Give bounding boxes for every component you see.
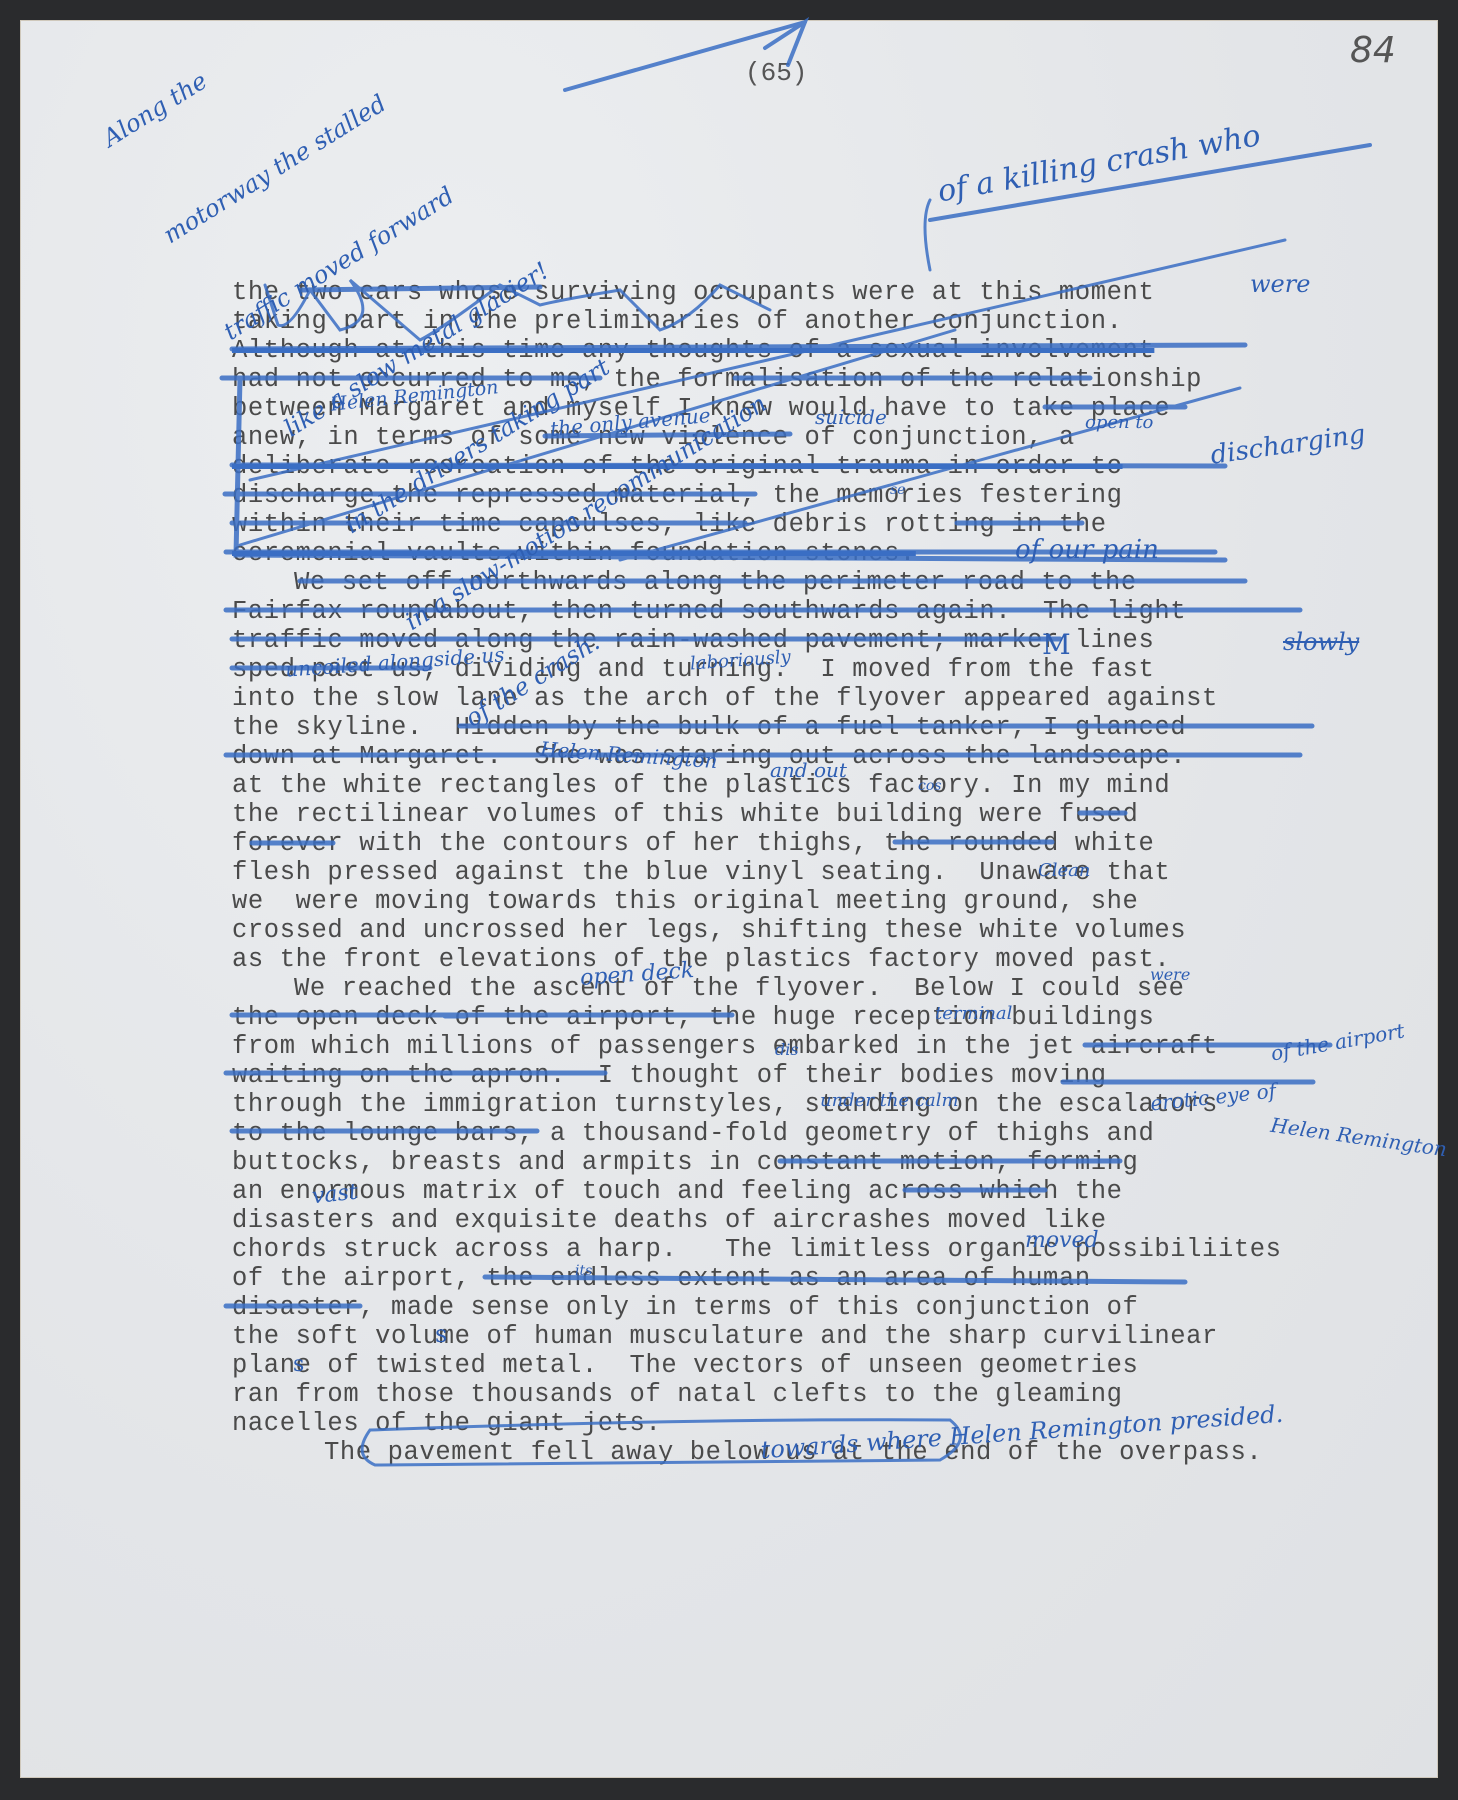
margin-note-slowly: slowly — [1283, 628, 1359, 656]
insert-se: se — [890, 482, 905, 498]
insert-were: were — [1150, 965, 1190, 984]
hand-line: motorway the stalled — [156, 0, 533, 253]
insert-s-2: s — [293, 1352, 304, 1377]
insert-dis: dis — [775, 1040, 799, 1059]
insert-and-out: and out — [770, 758, 847, 782]
insert-terminal: terminal — [935, 1003, 1012, 1024]
hand-line: traffic moved forward — [216, 95, 593, 350]
insert-cos: cos — [918, 778, 941, 794]
insert-capital-m: M — [1042, 628, 1071, 661]
insert-clean: Clean — [1038, 860, 1091, 881]
insert-of-our-pain: of our pain — [1015, 535, 1159, 565]
insert-moved: moved — [1025, 1228, 1099, 1253]
insert-under-the-calm: under the calm — [820, 1090, 959, 1111]
insert-suicide: suicide — [815, 405, 887, 429]
insert-vast: vast — [311, 1180, 359, 1210]
insert-open-to: open to — [1085, 412, 1153, 433]
margin-note-were: were — [1250, 270, 1310, 298]
insert-s: s — [435, 1320, 447, 1348]
insert-its: its — [575, 1263, 592, 1279]
